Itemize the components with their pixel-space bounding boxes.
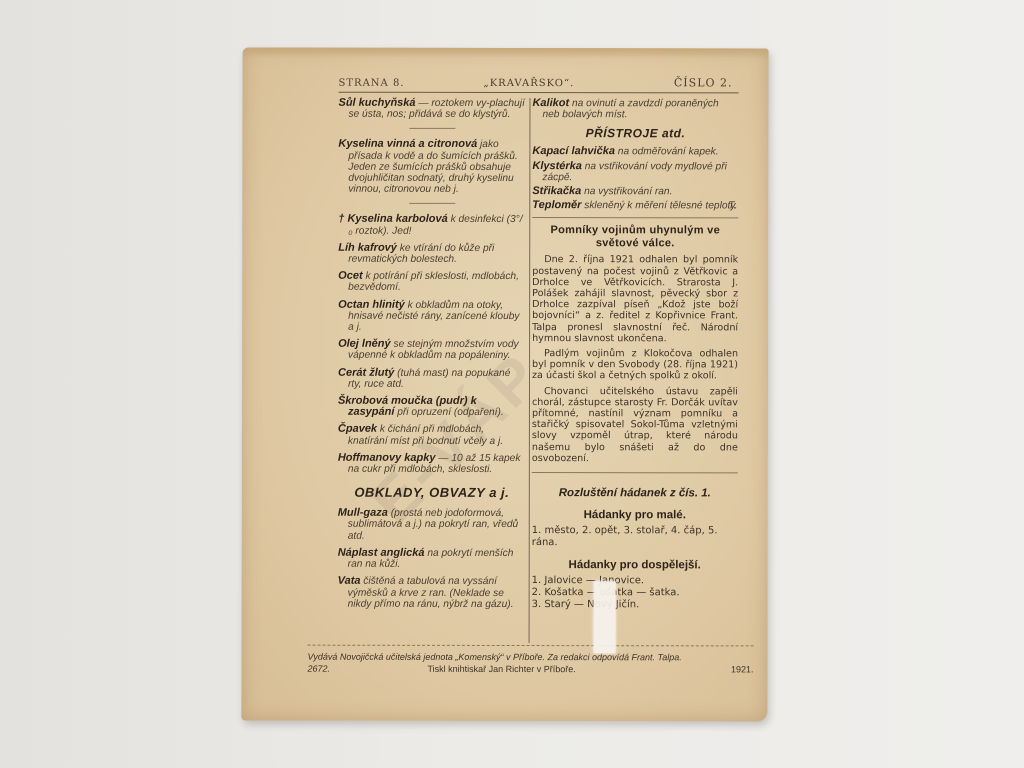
page-footer: Vydává Novojičcká učitelská jednota „Kom… (307, 645, 753, 677)
entry: Střikačka na vystřikování ran. (532, 186, 738, 198)
article-paragraph: Chovanci učitelského ústavu zapěli chorá… (532, 386, 738, 465)
right-column: Kalikot na ovinutí a zavdzdí poraněných … (532, 98, 739, 611)
entry: Kalikot na ovinutí a zavdzdí poraněných … (532, 98, 738, 121)
newspaper-page: STRANA 8. „KRAVAŘSKO“. ČÍSLO 2. E-VÁP Sů… (241, 48, 768, 722)
entry: Teploměr skleněný k měření tělesné teplo… (532, 200, 738, 212)
entry: Kapací lahvička na odměřování kapek. (532, 146, 738, 158)
page-number: STRANA 8. (339, 78, 405, 89)
entry: Líh kafrový ke vtírání do kůže při revma… (338, 243, 526, 266)
print-number: 2672. (307, 664, 330, 674)
entry: Hoffmanovy kapky — 10 až 15 kapek na cuk… (338, 453, 526, 476)
riddles-small-title: Hádanky pro malé. (532, 509, 738, 521)
entry: Cerát žlutý (tuhá mast) na popukané rty,… (338, 367, 526, 390)
riddles-small-answers: 1. město, 2. opět, 3. stolař, 4. čáp, 5.… (532, 525, 738, 549)
entry: Kyselina vinná a citronová jako přísada … (338, 139, 526, 195)
article-paragraph: Padlým vojinům z Klokočova odhalen byl p… (532, 348, 738, 382)
entry: † Kyselina karbolová k desinfekci (3°/₀ … (338, 214, 526, 237)
riddle-answer: 3. Starý — Nový Jičín. (532, 599, 738, 611)
issue-number: ČÍSLO 2. (674, 76, 733, 89)
entry: Náplast anglická na pokrytí menších ran … (338, 548, 526, 571)
publication-title: „KRAVAŘSKO“. (484, 78, 575, 89)
article-paragraph: Dne 2. října 1921 odhalen byl pomník pos… (532, 254, 738, 344)
riddle-answer: 1. Jalovice — Janovice. (532, 575, 738, 587)
entry: Škrobová moučka (pudr) k zasypání při op… (338, 396, 526, 419)
entry: Vata čištěná a tabulová na vyssání výměs… (338, 576, 526, 610)
riddles-adult-title: Hádanky pro dospělejší. (532, 559, 738, 571)
entry: Čpavek k čichání při mdlobách, knatírání… (338, 424, 526, 447)
tape-strip (594, 581, 616, 653)
left-column: Sůl kuchyňská — roztokem vy-plachují se … (338, 98, 527, 616)
entry: Klystérka na vstřikování vody mydlové př… (532, 161, 738, 184)
entry: Olej lněný se stejným množstvím vody váp… (338, 339, 526, 362)
section-title-obklady: OBKLADY, OBVAZY a j. (338, 485, 526, 500)
print-year: 1921. (731, 664, 754, 674)
publisher-line: Vydává Novojičcká učitelská jednota „Kom… (308, 652, 682, 663)
entry: Octan hlinitý k obkladům na otoky, hnisa… (338, 299, 526, 333)
separator (409, 203, 455, 204)
entry: Mull-gaza (prostá neb jodoformová, subli… (338, 508, 526, 542)
separator (532, 217, 738, 218)
separator (409, 128, 455, 129)
riddles-title: Rozluštění hádanek z čís. 1. (532, 487, 738, 499)
entry: Ocet k potírání při skleslosti, mdlobách… (338, 271, 526, 294)
riddle-answer: 2. Košatka — ošatka — šatka. (532, 587, 738, 599)
separator (532, 472, 738, 473)
entry: Sůl kuchyňská — roztokem vy-plachují se … (338, 98, 526, 121)
page-header: STRANA 8. „KRAVAŘSKO“. ČÍSLO 2. (339, 74, 739, 94)
paper-edge (243, 48, 769, 59)
section-title-pristroje: PŘÍSTROJE atd. (532, 126, 738, 140)
printer-line: Tiskl knihtiskař Jan Richter v Příboře. (427, 664, 575, 674)
article-title: Pomníky vojinům uhynulým ve světové válc… (532, 224, 738, 250)
